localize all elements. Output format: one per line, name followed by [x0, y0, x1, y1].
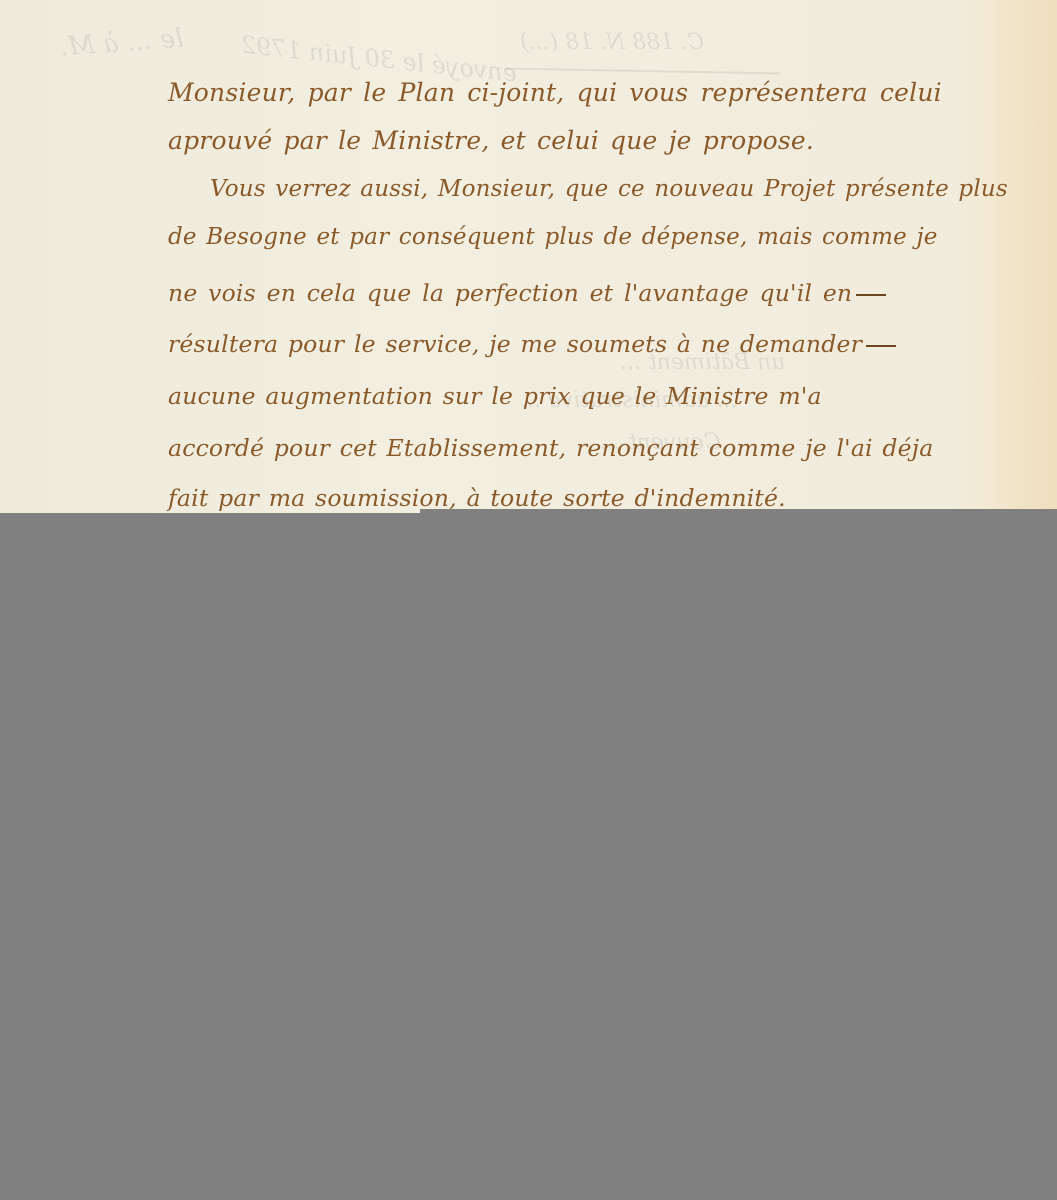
manuscript-line: accordé pour cet Etablissement, renonçan… [168, 437, 934, 461]
line-filler-dash [866, 345, 896, 347]
line-text: accordé pour cet Etablissement, renonçan… [168, 434, 934, 462]
line-text: ne vois en cela que la perfection et l'a… [168, 279, 852, 307]
line-text: de Besogne et par conséquent plus de dép… [168, 224, 938, 250]
manuscript-line: aprouvé par le Ministre, et celui que je… [168, 128, 814, 153]
bleed-through-reference: C. 188 N. 18 (...) [520, 30, 704, 55]
redaction-block [0, 513, 1057, 1200]
manuscript-line: Monsieur, par le Plan ci-joint, qui vous… [168, 80, 942, 105]
line-text: Monsieur, par le Plan ci-joint, qui vous… [168, 78, 942, 107]
line-text: Vous verrez aussi, Monsieur, que ce nouv… [210, 176, 1008, 202]
paper-edge-tint [990, 0, 1057, 513]
bleed-through-underline [505, 68, 780, 75]
line-text: résultera pour le service, je me soumets… [168, 330, 862, 358]
manuscript-line: fait par ma soumission, à toute sorte d'… [168, 487, 786, 511]
line-text: aucune augmentation sur le prix que le M… [168, 382, 822, 410]
line-filler-dash [856, 294, 886, 296]
line-text: fait par ma soumission, à toute sorte d'… [168, 484, 786, 512]
manuscript-line: aucune augmentation sur le prix que le M… [168, 385, 822, 409]
line-text: aprouvé par le Ministre, et celui que je… [168, 126, 814, 155]
manuscript-line: résultera pour le service, je me soumets… [168, 333, 896, 357]
manuscript-line: ne vois en cela que la perfection et l'a… [168, 282, 886, 306]
manuscript-page: le ... à M. envoyé le 30 Juin 1792 C. 18… [0, 0, 1057, 513]
bleed-through-note: le ... à M. [59, 24, 184, 63]
manuscript-line: Vous verrez aussi, Monsieur, que ce nouv… [210, 178, 1008, 201]
manuscript-line: de Besogne et par conséquent plus de dép… [168, 226, 938, 249]
